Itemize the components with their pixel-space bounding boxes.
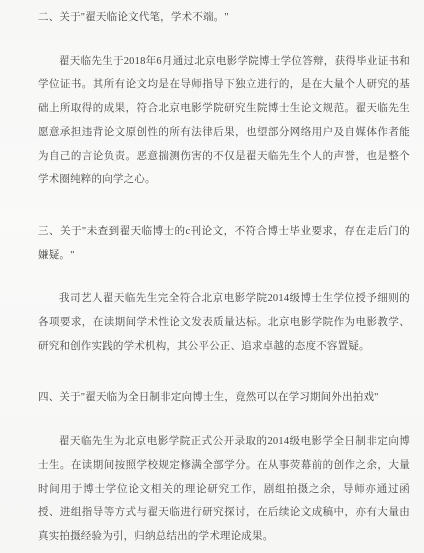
statement-section-3: 三、关于"未查到翟天临博士的c刊论文，不符合博士毕业要求，存在走后门的嫌疑。" … — [38, 220, 410, 359]
section-paragraph: 翟天临先生于2018年6月通过北京电影学院博士学位答辩，获得毕业证书和学位证书。… — [38, 50, 410, 192]
statement-section-4: 四、关于"翟天临为全日制非定向博士生，竟然可以在学习期间外出拍戏" 翟天临先生为… — [38, 386, 410, 548]
section-paragraph: 翟天临先生为北京电影学院正式公开录取的2014级电影学全日制非定向博士生。在读期… — [38, 430, 410, 549]
section-heading: 四、关于"翟天临为全日制非定向博士生，竟然可以在学习期间外出拍戏" — [38, 386, 410, 410]
section-heading: 三、关于"未查到翟天临博士的c刊论文，不符合博士毕业要求，存在走后门的嫌疑。" — [38, 220, 410, 267]
statement-section-2: 二、关于"翟天临论文代笔，学术不端。" 翟天临先生于2018年6月通过北京电影学… — [38, 6, 410, 192]
section-heading: 二、关于"翟天临论文代笔，学术不端。" — [38, 6, 410, 30]
document-page: 二、关于"翟天临论文代笔，学术不端。" 翟天临先生于2018年6月通过北京电影学… — [0, 0, 424, 553]
section-paragraph: 我司艺人翟天临先生完全符合北京电影学院2014级博士生学位授予细则的各项要求，在… — [38, 287, 410, 358]
